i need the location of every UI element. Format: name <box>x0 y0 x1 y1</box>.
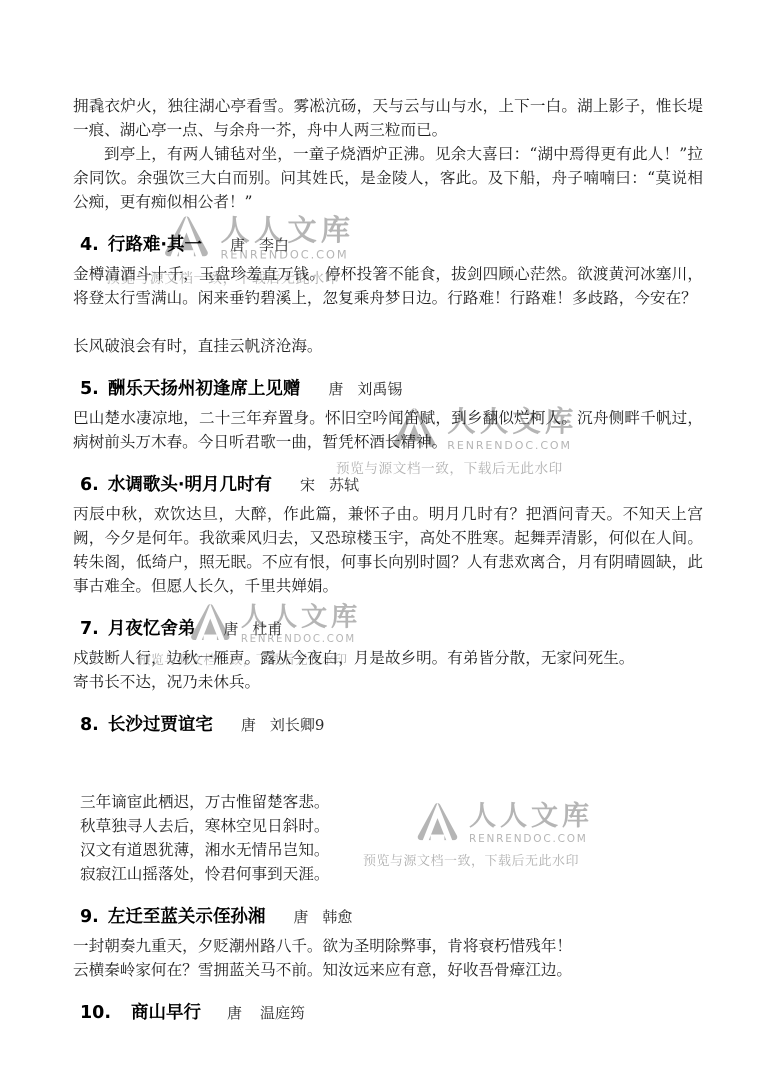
author-name: 杜甫 <box>252 620 282 638</box>
poem-author: 唐刘长卿9 <box>241 716 325 734</box>
author-name: 苏轼 <box>329 476 359 494</box>
author-dynasty: 唐 <box>293 908 308 926</box>
section-number: 5. <box>80 379 99 399</box>
poem-line: 汉文有道恩犹薄，湘水无情吊岂知。 <box>80 838 703 862</box>
section-number: 7. <box>80 619 99 639</box>
document-content: 拥毳衣炉火，独往湖心亭看雪。雾凇沆砀，天与云与山与水，上下一白。湖上影子，惟长堤… <box>0 0 763 1026</box>
section-number: 9. <box>80 907 99 927</box>
body-line: 长风破浪会有时，直挂云帆济沧海。 <box>73 334 703 358</box>
poem-section: 7.月夜忆舍弟唐杜甫戍鼓断人行，边秋一雁声。露从今夜白，月是故乡明。有弟皆分散，… <box>73 616 703 694</box>
poem-section: 9.左迁至蓝关示侄孙湘唐韩愈一封朝奏九重天，夕贬潮州路八千。欲为圣明除弊事，肯将… <box>73 904 703 982</box>
poem-title-text: 水调歌头·明月几时有 <box>108 475 272 495</box>
body-line: 戍鼓断人行，边秋一雁声。露从今夜白，月是故乡明。有弟皆分散，无家问死生。 <box>73 646 703 670</box>
poem-title-text: 月夜忆舍弟 <box>108 619 196 639</box>
body-paragraph: 巴山楚水凄凉地，二十三年弃置身。怀旧空吟闻笛赋，到乡翻似烂柯人。沉舟侧畔千帆过，… <box>73 406 703 454</box>
poem-stanza: 三年谪宦此栖迟，万古惟留楚客悲。秋草独寻人去后，寒林空见日斜时。汉文有道恩犹薄，… <box>73 790 703 886</box>
author-name: 李白 <box>259 236 289 254</box>
author-name: 温庭筠 <box>260 1004 305 1022</box>
poem-section: 4.行路难·其一唐李白金樽清酒斗十千，玉盘珍羞直万钱。停杯投箸不能食，拔剑四顾心… <box>73 232 703 358</box>
poem-line: 寂寂江山摇落处，怜君何事到天涯。 <box>80 862 703 886</box>
poem-section: 5.酬乐天扬州初逢席上见赠唐刘禹锡巴山楚水凄凉地，二十三年弃置身。怀旧空吟闻笛赋… <box>73 376 703 454</box>
body-line <box>73 766 703 790</box>
body-line: 金樽清酒斗十千，玉盘珍羞直万钱。停杯投箸不能食，拔剑四顾心茫然。欲渡黄河冰塞川，… <box>73 262 703 310</box>
author-name: 刘长卿9 <box>270 716 325 734</box>
body-paragraph: 金樽清酒斗十千，玉盘珍羞直万钱。停杯投箸不能食，拔剑四顾心茫然。欲渡黄河冰塞川，… <box>73 262 703 310</box>
poem-author: 唐韩愈 <box>293 908 352 926</box>
author-dynasty: 唐 <box>223 620 238 638</box>
body-paragraph <box>73 742 703 790</box>
section-title: 9.左迁至蓝关示侄孙湘唐韩愈 <box>80 904 703 930</box>
author-name: 韩愈 <box>322 908 352 926</box>
section-number: 10. <box>80 1003 111 1023</box>
poem-line: 三年谪宦此栖迟，万古惟留楚客悲。 <box>80 790 703 814</box>
author-name: 刘禹锡 <box>357 380 402 398</box>
poem-author: 唐刘禹锡 <box>328 380 402 398</box>
body-paragraph: 长风破浪会有时，直挂云帆济沧海。 <box>73 334 703 358</box>
author-dynasty: 宋 <box>300 476 315 494</box>
section-title: 6.水调歌头·明月几时有宋苏轼 <box>80 472 703 498</box>
author-dynasty: 唐 <box>227 1004 242 1022</box>
poem-section: 6.水调歌头·明月几时有宋苏轼丙辰中秋，欢饮达旦，大醉，作此篇，兼怀子由。明月几… <box>73 472 703 598</box>
section-title: 10.商山早行唐温庭筠 <box>80 1000 703 1026</box>
section-title: 8.长沙过贾谊宅唐刘长卿9 <box>80 712 703 738</box>
section-number: 8. <box>80 715 99 735</box>
poem-line: 秋草独寻人去后，寒林空见日斜时。 <box>80 814 703 838</box>
section-title: 7.月夜忆舍弟唐杜甫 <box>80 616 703 642</box>
section-title: 5.酬乐天扬州初逢席上见赠唐刘禹锡 <box>80 376 703 402</box>
body-paragraph: 一封朝奏九重天，夕贬潮州路八千。欲为圣明除弊事，肯将衰朽惜残年！云横秦岭家何在？… <box>73 934 703 982</box>
poem-author: 唐杜甫 <box>223 620 282 638</box>
body-line <box>73 310 703 334</box>
body-line <box>73 742 703 766</box>
body-line: 丙辰中秋，欢饮达旦，大醉，作此篇，兼怀子由。明月几时有？把酒问青天。不知天上宫阙… <box>73 502 703 598</box>
body-paragraph <box>73 310 703 334</box>
author-dynasty: 唐 <box>230 236 245 254</box>
poem-title-text: 商山早行 <box>131 1003 201 1023</box>
poem-author: 宋苏轼 <box>300 476 359 494</box>
author-dynasty: 唐 <box>328 380 343 398</box>
body-line: 一封朝奏九重天，夕贬潮州路八千。欲为圣明除弊事，肯将衰朽惜残年！ <box>73 934 703 958</box>
body-paragraph: 丙辰中秋，欢饮达旦，大醉，作此篇，兼怀子由。明月几时有？把酒问青天。不知天上宫阙… <box>73 502 703 598</box>
body-line: 云横秦岭家何在？雪拥蓝关马不前。知汝远来应有意，好收吾骨瘴江边。 <box>73 958 703 982</box>
poem-title-text: 长沙过贾谊宅 <box>108 715 213 735</box>
poem-title-text: 左迁至蓝关示侄孙湘 <box>108 907 266 927</box>
poem-section: 10.商山早行唐温庭筠 <box>73 1000 703 1026</box>
section-number: 4. <box>80 235 99 255</box>
body-paragraph: 戍鼓断人行，边秋一雁声。露从今夜白，月是故乡明。有弟皆分散，无家问死生。寄书长不… <box>73 646 703 694</box>
section-number: 6. <box>80 475 99 495</box>
body-line: 巴山楚水凄凉地，二十三年弃置身。怀旧空吟闻笛赋，到乡翻似烂柯人。沉舟侧畔千帆过，… <box>73 406 703 454</box>
author-dynasty: 唐 <box>241 716 256 734</box>
poem-sections: 4.行路难·其一唐李白金樽清酒斗十千，玉盘珍羞直万钱。停杯投箸不能食，拔剑四顾心… <box>73 232 703 1026</box>
poem-title-text: 酬乐天扬州初逢席上见赠 <box>108 379 301 399</box>
poem-author: 唐李白 <box>230 236 289 254</box>
document-page: 人人文库 RENRENDOC.COM 预览与源文档一致，下载后无此水印 人人文库… <box>0 0 763 1080</box>
poem-title-text: 行路难·其一 <box>108 235 202 255</box>
body-line: 寄书长不达，况乃未休兵。 <box>73 670 703 694</box>
section-title: 4.行路难·其一唐李白 <box>80 232 703 258</box>
intro-paragraph: 拥毳衣炉火，独往湖心亭看雪。雾凇沆砀，天与云与山与水，上下一白。湖上影子，惟长堤… <box>73 94 703 142</box>
poem-section: 8.长沙过贾谊宅唐刘长卿9三年谪宦此栖迟，万古惟留楚客悲。秋草独寻人去后，寒林空… <box>73 712 703 886</box>
poem-author: 唐温庭筠 <box>227 1004 305 1022</box>
intro-paragraph: 到亭上，有两人铺毡对坐，一童子烧酒炉正沸。见余大喜曰：“湖中焉得更有此人！”拉余… <box>73 142 703 214</box>
